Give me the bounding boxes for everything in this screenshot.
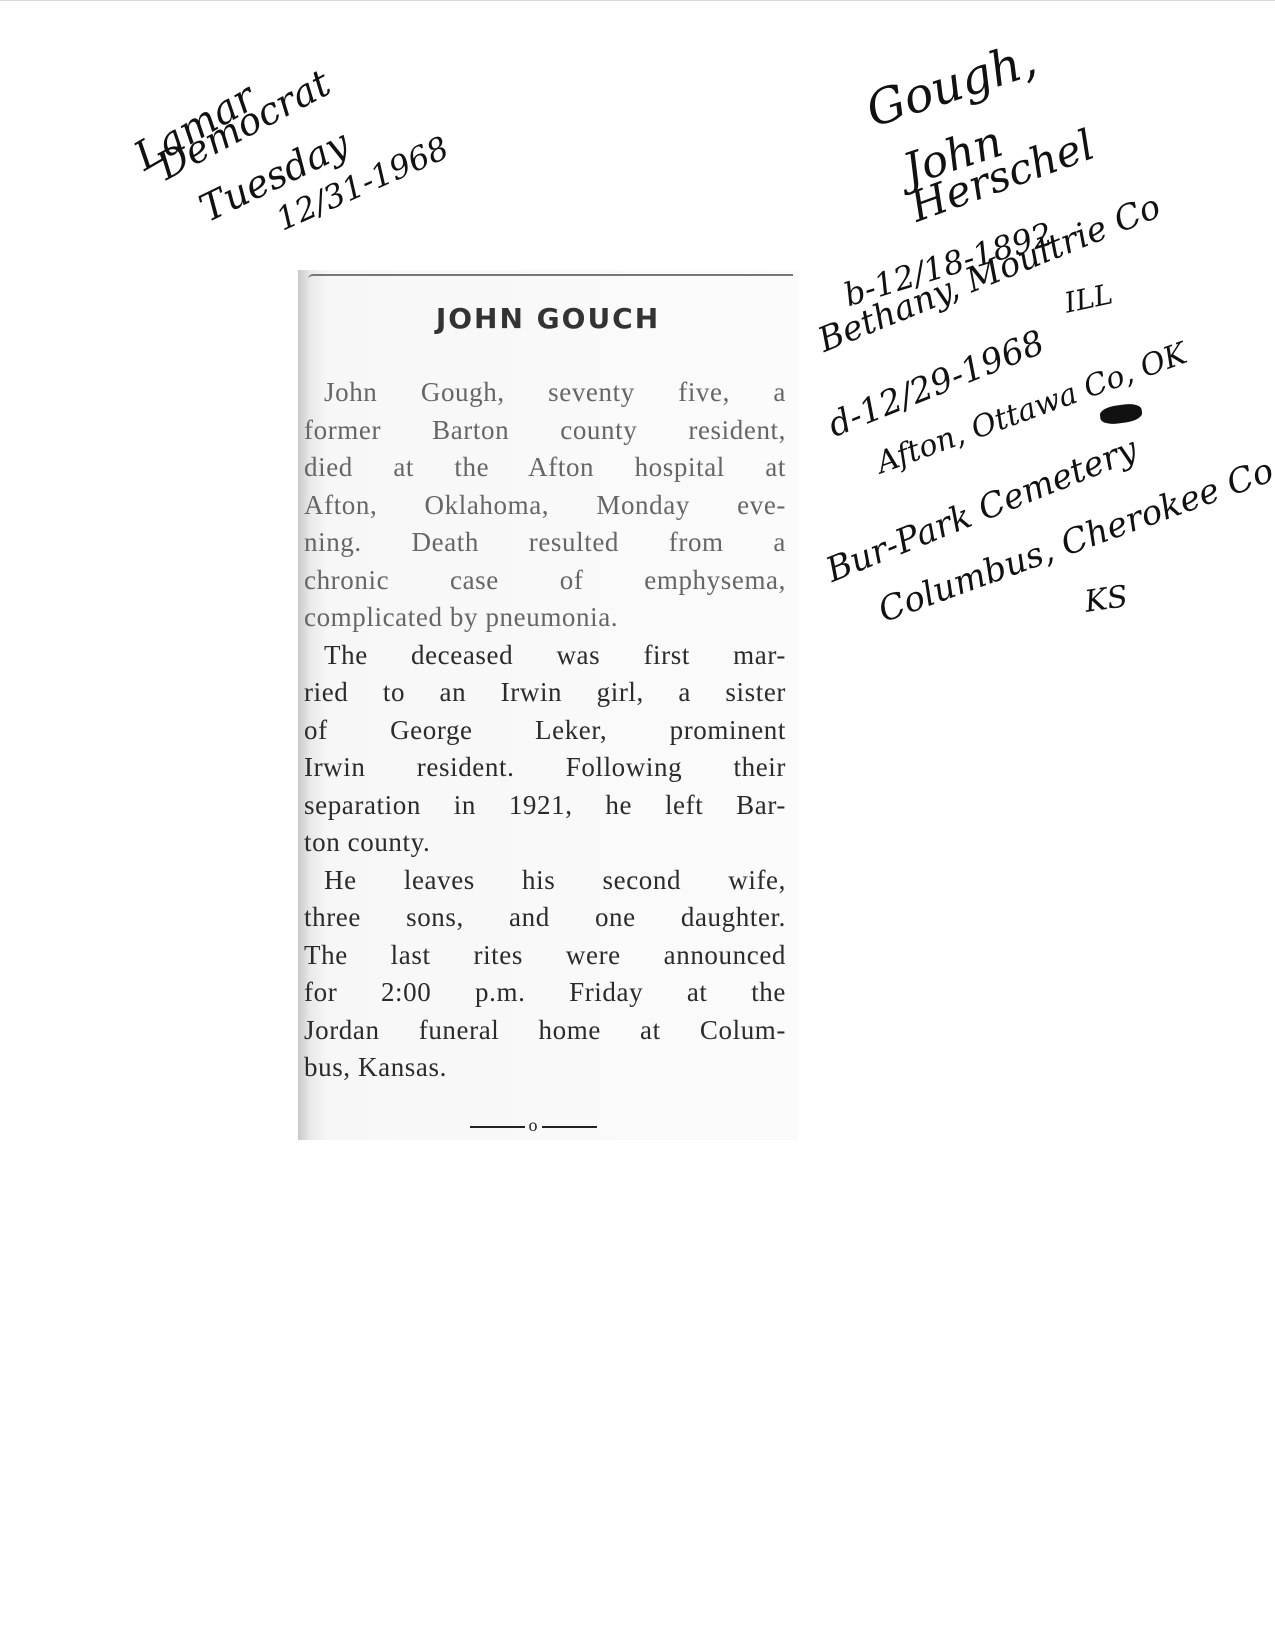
obituary-line: complicated by pneumonia. bbox=[304, 599, 786, 637]
end-mark: o bbox=[458, 1115, 608, 1136]
obituary-line: of George Leker, prominent bbox=[304, 712, 786, 750]
obituary-line: for 2:00 p.m. Friday at the bbox=[304, 974, 786, 1012]
obituary-line: The last rites were announced bbox=[304, 937, 786, 975]
obituary-line: John Gough, seventy five, a bbox=[304, 374, 786, 412]
clipping-top-rule bbox=[308, 274, 793, 279]
newspaper-clipping: JOHN GOUCH John Gough, seventy five, afo… bbox=[298, 270, 798, 1140]
obituary-line: ried to an Irwin girl, a sister bbox=[304, 674, 786, 712]
obituary-line: three sons, and one daughter. bbox=[304, 899, 786, 937]
obituary-paragraph-3: He leaves his second wife,three sons, an… bbox=[304, 862, 786, 1087]
scan-edge bbox=[0, 0, 1275, 1]
obituary-line: ton county. bbox=[304, 824, 786, 862]
note-birth-state: ILL bbox=[1062, 280, 1115, 317]
obituary-line: Afton, Oklahoma, Monday eve- bbox=[304, 487, 786, 525]
obituary-line: chronic case of emphysema, bbox=[304, 562, 786, 600]
obituary-line: The deceased was first mar- bbox=[304, 637, 786, 675]
note-surname: Gough, bbox=[861, 35, 1042, 135]
note-burial-state: KS bbox=[1083, 582, 1130, 618]
obituary-line: died at the Afton hospital at bbox=[304, 449, 786, 487]
obituary-line: former Barton county resident, bbox=[304, 412, 786, 450]
obituary-line: Jordan funeral home at Colum- bbox=[304, 1012, 786, 1050]
obituary-line: bus, Kansas. bbox=[304, 1049, 786, 1087]
obituary-paragraph-1: John Gough, seventy five, aformer Barton… bbox=[304, 374, 786, 637]
obituary-line: Irwin resident. Following their bbox=[304, 749, 786, 787]
ink-blot bbox=[1099, 402, 1143, 426]
obituary-paragraph-2: The deceased was first mar-ried to an Ir… bbox=[304, 637, 786, 862]
obituary-line: He leaves his second wife, bbox=[304, 862, 786, 900]
obituary-body: John Gough, seventy five, aformer Barton… bbox=[304, 374, 786, 1087]
obituary-headline: JOHN GOUCH bbox=[298, 302, 798, 335]
obituary-line: separation in 1921, he left Bar- bbox=[304, 787, 786, 825]
obituary-line: ning. Death resulted from a bbox=[304, 524, 786, 562]
